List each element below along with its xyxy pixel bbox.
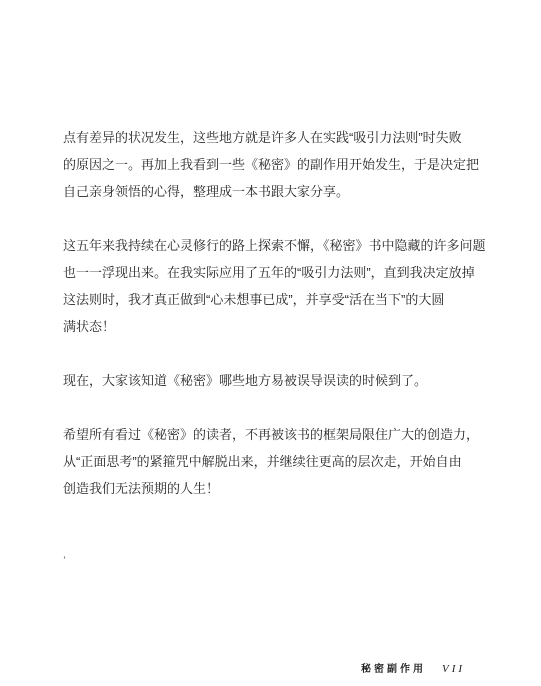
body-text: 点有差异的状况发生，这些地方就是许多人在实践“吸引力法则”时失败 的原因之一。再… — [63, 124, 493, 529]
page-number: VII — [442, 663, 465, 675]
page-footer: 秘密副作用 VII — [361, 660, 465, 675]
paragraph-2: 这五年来我持续在心灵修行的路上探索不懈，《秘密》书中隐藏的许多问题 也一一浮现出… — [63, 232, 493, 340]
paragraph-4: 希望所有看过《秘密》的读者，不再被该书的框架局限住广大的创造力， 从“正面思考”… — [63, 421, 493, 502]
running-title: 秘密副作用 — [361, 660, 426, 675]
book-page: 点有差异的状况发生，这些地方就是许多人在实践“吸引力法则”时失败 的原因之一。再… — [0, 0, 541, 686]
paragraph-3: 现在，大家该知道《秘密》哪些地方易被误导误读的时候到了。 — [63, 367, 493, 394]
paragraph-1: 点有差异的状况发生，这些地方就是许多人在实践“吸引力法则”时失败 的原因之一。再… — [63, 124, 493, 205]
stray-ink-mark: ’ — [63, 556, 66, 565]
